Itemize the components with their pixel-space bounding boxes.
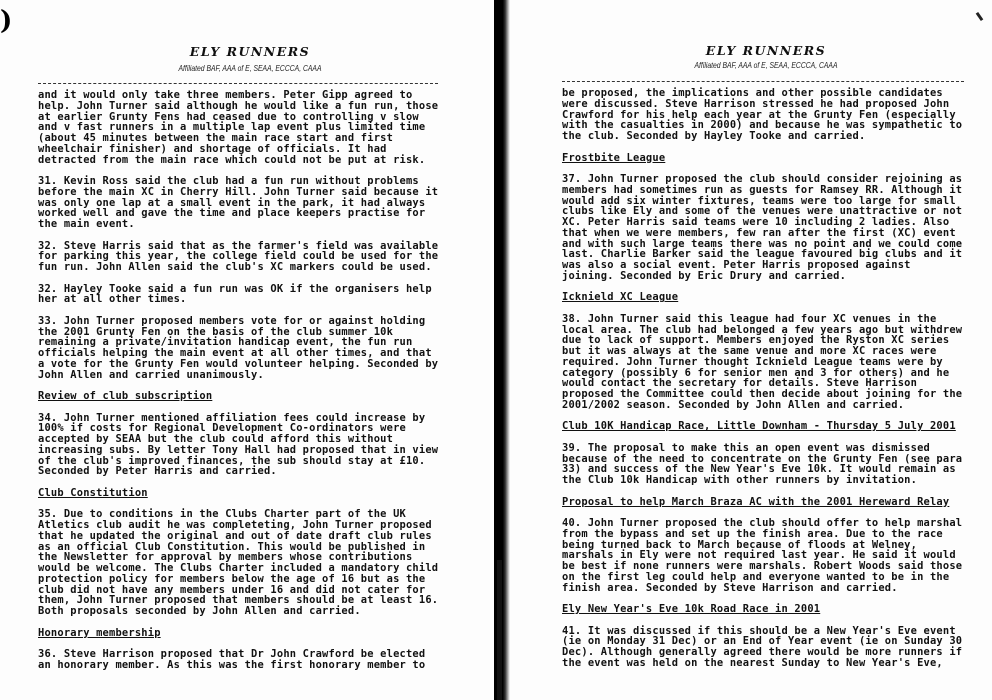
minutes-paragraph: 32. Hayley Tooke said a fun run was OK i… (38, 284, 438, 306)
letterhead-subtitle: Affiliated BAF, AAA of E, SEAA, ECCCA, C… (72, 64, 429, 73)
section-heading: Proposal to help March Braza AC with the… (562, 497, 962, 508)
letterhead-subtitle: Affiliated BAF, AAA of E, SEAA, ECCCA, C… (588, 61, 945, 70)
minutes-paragraph: 39. The proposal to make this an open ev… (562, 443, 962, 486)
minutes-paragraph: 40. John Turner proposed the club should… (562, 518, 962, 593)
minutes-paragraph: 41. It was discussed if this should be a… (562, 626, 962, 669)
section-heading: Ely New Year's Eve 10k Road Race in 2001 (562, 604, 962, 615)
section-heading: Club Constitution (38, 488, 438, 499)
minutes-paragraph: and it would only take three members. Pe… (38, 90, 438, 165)
right-page: ELY RUNNERS Affiliated BAF, AAA of E, SE… (496, 0, 992, 700)
minutes-body: be proposed, the implications and other … (562, 88, 962, 679)
section-heading: Icknield XC League (562, 292, 962, 303)
letterhead-title: ELY RUNNERS (40, 44, 460, 59)
minutes-paragraph: 37. John Turner proposed the club should… (562, 174, 962, 282)
minutes-paragraph: 31. Kevin Ross said the club had a fun r… (38, 176, 438, 230)
minutes-paragraph: 35. Due to conditions in the Clubs Chart… (38, 509, 438, 617)
minutes-paragraph: 32. Steve Harris said that as the farmer… (38, 241, 438, 273)
section-heading: Honorary membership (38, 628, 438, 639)
section-heading: Frostbite League (562, 153, 962, 164)
scan-artifact-mark: ) (0, 6, 12, 36)
minutes-paragraph: 36. Steve Harrison proposed that Dr John… (38, 649, 438, 671)
minutes-paragraph: 38. John Turner said this league had fou… (562, 314, 962, 411)
book-spine-edge (497, 560, 502, 700)
header-divider (562, 81, 964, 82)
section-heading: Club 10K Handicap Race, Little Downham -… (562, 421, 962, 432)
header-divider (38, 83, 438, 84)
minutes-body: and it would only take three members. Pe… (38, 90, 438, 681)
minutes-paragraph: be proposed, the implications and other … (562, 88, 962, 142)
minutes-paragraph: 33. John Turner proposed members vote fo… (38, 316, 438, 381)
left-page: ) ELY RUNNERS Affiliated BAF, AAA of E, … (0, 0, 496, 700)
letterhead-title: ELY RUNNERS (556, 43, 976, 58)
section-heading: Review of club subscription (38, 391, 438, 402)
minutes-paragraph: 34. John Turner mentioned affiliation fe… (38, 413, 438, 478)
